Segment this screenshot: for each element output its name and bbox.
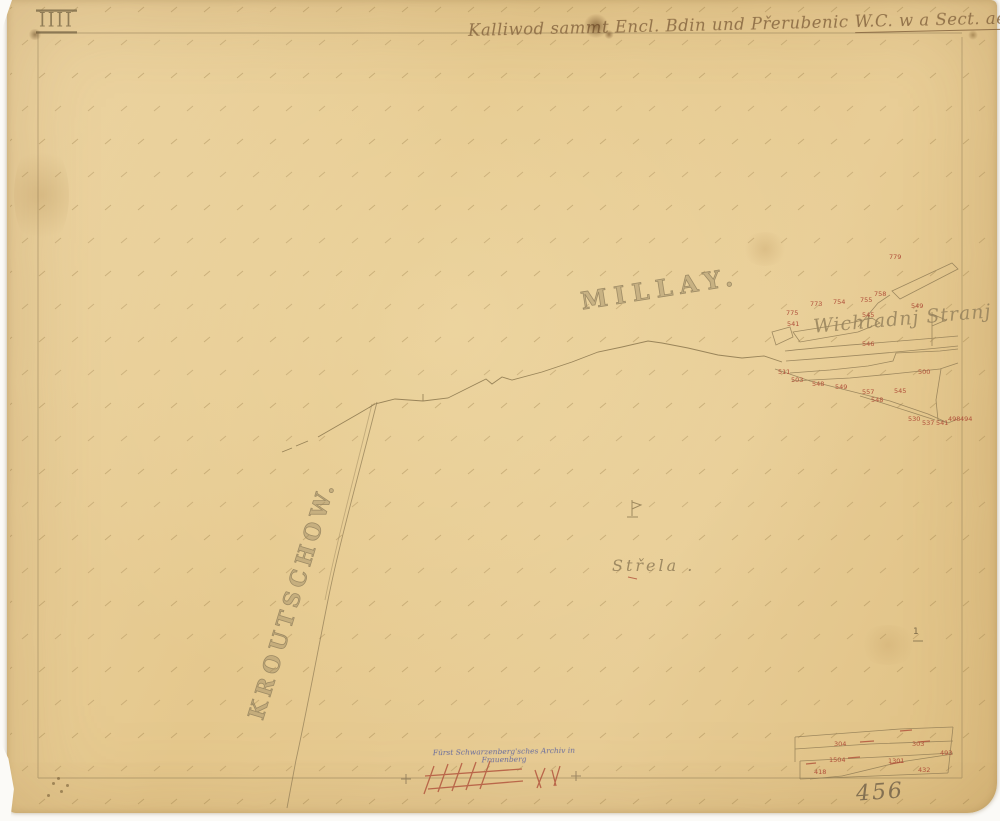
parcel-number: 548 bbox=[812, 381, 824, 388]
parcel-number: 432 bbox=[918, 767, 930, 774]
parcel-number: 758 bbox=[874, 291, 886, 298]
parcel-number: 511 bbox=[778, 369, 790, 376]
parcel-number: 755 bbox=[860, 297, 872, 304]
speck bbox=[52, 782, 55, 785]
parcel-number: 498 bbox=[948, 416, 960, 423]
parcel-number: 754 bbox=[833, 299, 845, 306]
speck bbox=[60, 790, 63, 793]
parcel-number: 545 bbox=[862, 312, 874, 319]
parcel-number: 773 bbox=[810, 301, 822, 308]
parcel-number: 500 bbox=[918, 369, 930, 376]
parcel-number: 503 bbox=[791, 377, 803, 384]
parcel-number: 549 bbox=[835, 384, 847, 391]
parcel-number: 548 bbox=[871, 397, 883, 404]
parcel-number: 546 bbox=[862, 341, 874, 348]
parcel-number: 775 bbox=[786, 310, 798, 317]
parcel-number: 545 bbox=[894, 388, 906, 395]
map-sheet bbox=[7, 0, 997, 813]
page-number: 456 bbox=[855, 778, 905, 806]
title-section-code: W.C. w a Sect. ae. bbox=[854, 9, 1000, 34]
stream-label-strela: Střela . bbox=[612, 556, 695, 575]
archive-stamp: Fürst Schwarzenberg'sches Archiv in Frau… bbox=[418, 747, 590, 766]
parcel-number: 1504 bbox=[829, 757, 846, 764]
parcel-number: 303 bbox=[912, 741, 924, 748]
parcel-number: 530 bbox=[908, 416, 920, 423]
sheet-number-mark: IIII bbox=[36, 9, 77, 33]
parcel-number: 304 bbox=[834, 741, 846, 748]
parcel-number: 1301 bbox=[888, 758, 905, 765]
speck bbox=[66, 784, 69, 787]
parcel-number: 418 bbox=[814, 769, 826, 776]
parcel-number: 557 bbox=[862, 389, 874, 396]
parcel-number: 541 bbox=[787, 321, 799, 328]
speck bbox=[47, 794, 50, 797]
parcel-number: 493 bbox=[940, 750, 952, 757]
parcel-number: 549 bbox=[911, 303, 923, 310]
scanned-map-page: { "sheet": { "corner_mark": "IIII", "pag… bbox=[0, 0, 1000, 821]
parcel-number: 1 bbox=[913, 629, 919, 636]
parcel-number: 779 bbox=[889, 254, 901, 261]
parcel-number: 494 bbox=[960, 416, 972, 423]
parcel-number: 541 bbox=[936, 420, 948, 427]
speck bbox=[57, 777, 60, 780]
parcel-number: 537 bbox=[922, 420, 934, 427]
